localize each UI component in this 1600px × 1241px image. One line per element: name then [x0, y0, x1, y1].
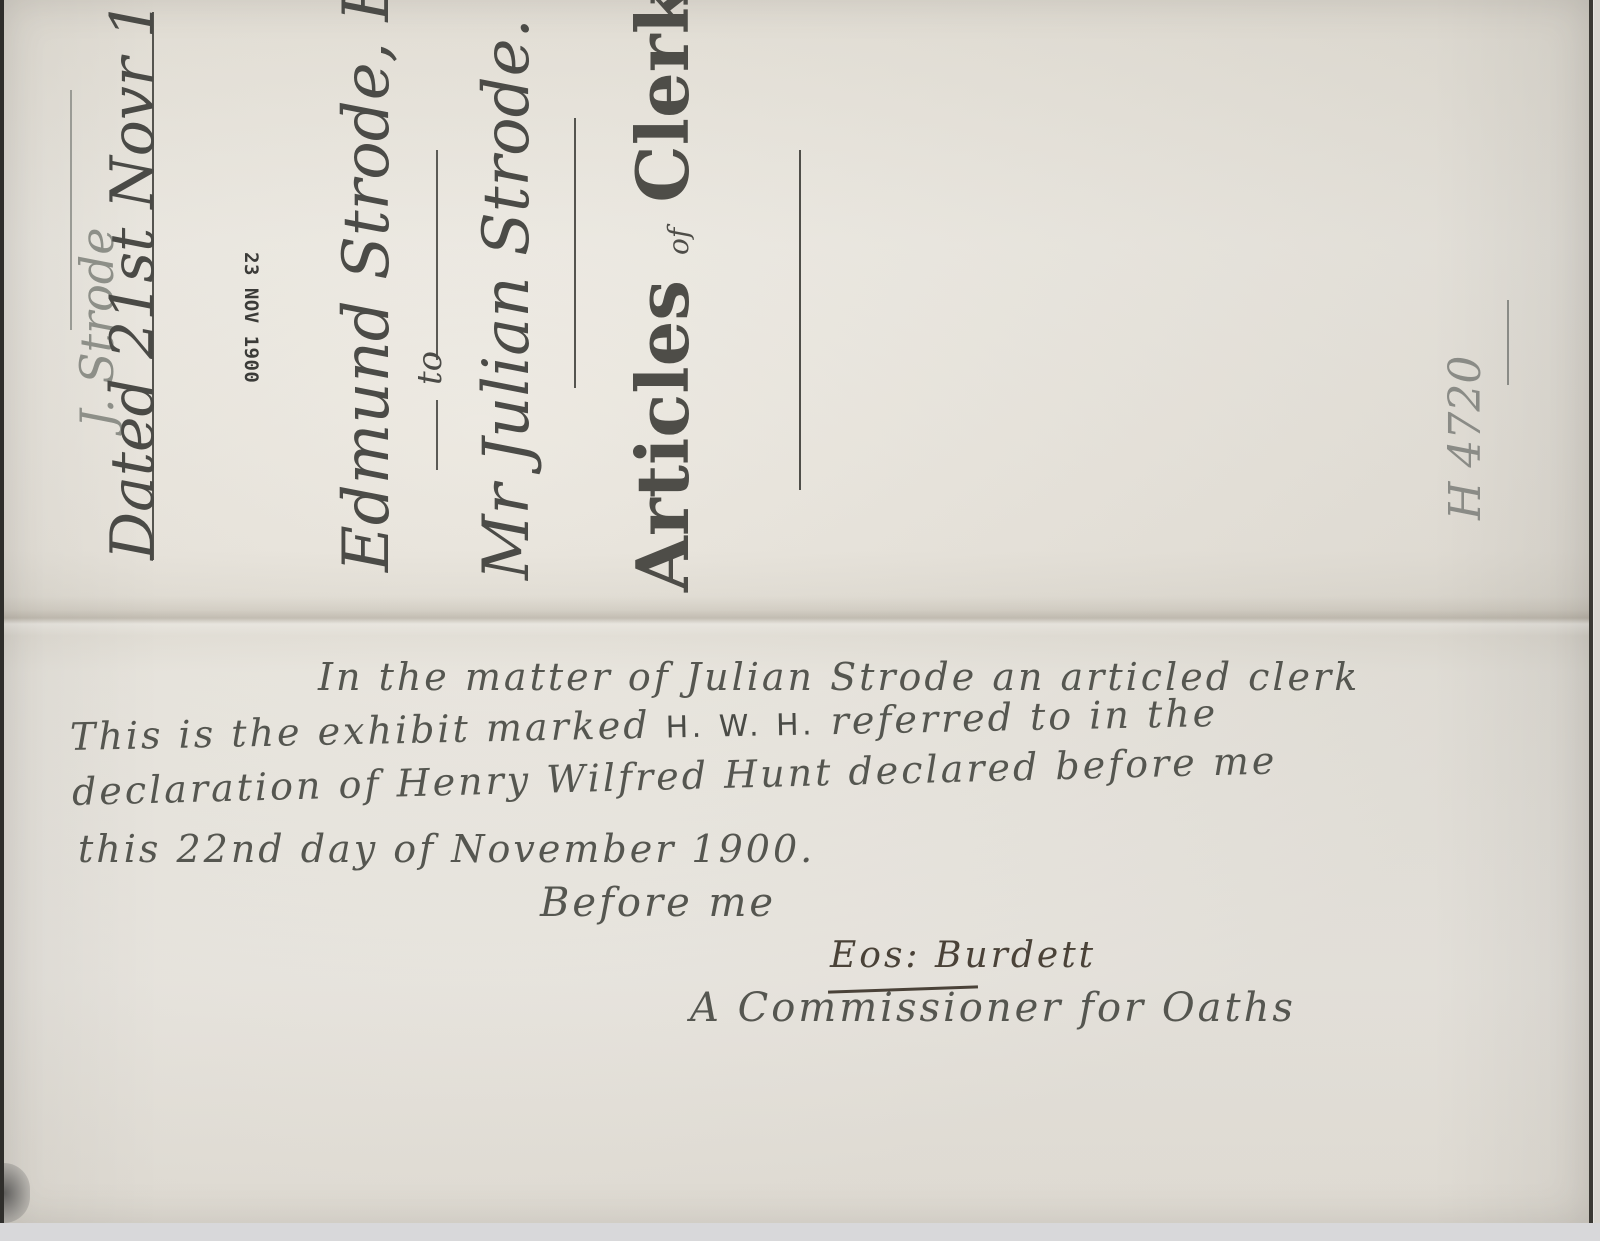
- connector-rule-upper: [436, 150, 438, 360]
- divider-rule: [574, 118, 576, 388]
- signatory-title: A Commissioner for Oaths: [690, 985, 1296, 1031]
- exhibit-mark: H. W. H.: [665, 707, 816, 745]
- party-to: Mr Julian Strode.: [470, 18, 544, 580]
- connector-rule-lower: [436, 400, 438, 470]
- scanned-page: J. Strode Dated 21st Novr 1900 23 NOV 19…: [0, 0, 1600, 1241]
- before-me: Before me: [540, 880, 776, 926]
- declaration-line-2-suffix: referred to in the: [815, 691, 1219, 743]
- scan-bottom-margin: [0, 1223, 1600, 1241]
- reference-rule: [1507, 300, 1509, 385]
- received-stamp-text: 23 NOV 1900: [240, 252, 262, 383]
- connector-to: to: [410, 351, 450, 385]
- paper-right-edge: [1589, 0, 1593, 1223]
- party-from: Edmund Strode, Esq.: [330, 0, 404, 572]
- scan-right-margin: [1594, 0, 1600, 1223]
- dated-line: Dated 21st Novr 1900: [98, 0, 168, 560]
- declaration-line-4: this 22nd day of November 1900.: [78, 827, 815, 871]
- document-title-articles: Articles: [620, 280, 705, 592]
- received-stamp: 23 NOV 1900: [236, 252, 266, 402]
- document-title-clerkship: Clerkship: [620, 0, 705, 203]
- document-title-of: of: [662, 228, 695, 255]
- filing-reference: H 4720: [1440, 356, 1491, 520]
- paper-fold-crease: [4, 596, 1589, 636]
- closing-rule: [799, 150, 801, 490]
- commissioner-signature: Eos: Burdett: [830, 935, 1096, 976]
- document-title: Articles of Clerkship: [620, 0, 705, 592]
